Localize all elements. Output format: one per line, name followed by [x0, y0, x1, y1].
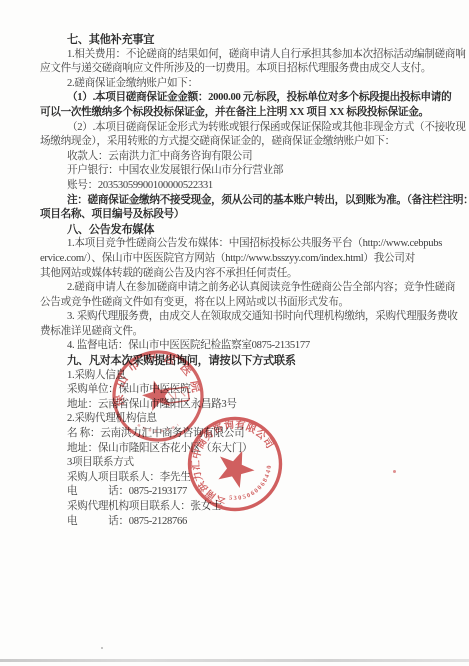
- supervision-phone-line: 4. 监督电话：保山市中医医院纪检监察室0875-2135177: [40, 339, 452, 354]
- scan-edge-artifact: [0, 659, 469, 662]
- payee-line: 收款人：云南洪力汇中商务咨询有限公司: [40, 150, 452, 165]
- doc-line: 3. 采购代理服务费，由成交人在领取成交通知书时向代理机构缴纳，采购代理服务费收: [40, 310, 452, 325]
- red-ink-speck: [393, 470, 396, 473]
- doc-line: 公告或竞争性磋商文件如有变更，将在以上网站或以书面形式发布。: [40, 296, 452, 311]
- heading-section-9: 九、凡对本次采购提出询问，请按以下方式联系: [40, 354, 452, 369]
- purchaser-address-line: 地址：云南省保山市隆阳区永昌路3号: [40, 398, 452, 413]
- doc-line: 应文件与递交磋商响应文件所涉及的一切费用。本项目招标代理服务费由成交人支付。: [40, 62, 452, 77]
- purchaser-phone-line: 电 话：0875-2193177: [40, 485, 452, 500]
- doc-line: 1.相关费用：不论磋商的结果如何，磋商申请人自行承担其参加本次招标活动编制磋商响: [40, 48, 452, 63]
- doc-line: 3项目联系方式: [40, 456, 452, 471]
- doc-line: 其他网站或媒体转载的磋商公告及内容不承担任何责任。: [40, 267, 452, 282]
- doc-line: 2.磋商申请人在参加磋商申请之前务必认真阅读竞争性磋商公告全部内容；竞争性磋商: [40, 281, 452, 296]
- scanned-page: 七、其他补充事宜 1.相关费用：不论磋商的结果如何，磋商申请人自行承担其参加本次…: [0, 0, 469, 666]
- doc-line: ervice.com/）、保山市中医医院官方网站（http://www.bssz…: [40, 252, 452, 267]
- account-number-line: 账号：20353059900100000522331: [40, 179, 452, 194]
- agency-name-line: 名 称：云南洪力汇中商务咨询有限公司: [40, 427, 452, 442]
- heading-section-8: 八、公告发布媒体: [40, 223, 452, 238]
- agency-phone-line: 电 话：0875-2128766: [40, 515, 452, 530]
- doc-line: 场缴纳现金），采用转账的方式提交磋商保证金的，磋商保证金缴纳账户如下：: [40, 135, 452, 150]
- doc-line: 2.采购代理机构信息: [40, 412, 452, 427]
- doc-line: （2）.本项目磋商保证金形式为转账或银行保函或保证保险或其他非现金方式（不接收现: [40, 121, 452, 136]
- document-text-block: 七、其他补充事宜 1.相关费用：不论磋商的结果如何，磋商申请人自行承担其参加本次…: [40, 33, 452, 529]
- gray-scan-speck: [101, 647, 103, 649]
- note-line: 注：磋商保证金缴纳不接受现金，须从公司的基本账户转出，以到账为准。（备注栏注明：: [40, 194, 452, 209]
- doc-line: 2.磋商保证金缴纳账户如下：: [40, 77, 452, 92]
- heading-section-7: 七、其他补充事宜: [40, 33, 452, 48]
- bank-line: 开户银行：中国农业发展银行保山市分行营业部: [40, 164, 452, 179]
- purchaser-name-line: 采购单位：保山市中医医院: [40, 383, 452, 398]
- doc-line: 费标准详见磋商文件。: [40, 325, 452, 340]
- doc-line: 可以一次性缴纳多个标段投标保证金，并在备注上注明 XX 项目 XX 标段投标保证…: [40, 106, 452, 121]
- purchaser-contact-line: 采购人项目联系人：李先生: [40, 471, 452, 486]
- agency-contact-line: 采购代理机构项目联系人：张女士: [40, 500, 452, 515]
- note-line: 项目名称、项目编号及标段号）: [40, 208, 452, 223]
- doc-line: （1）.本项目磋商保证金金额：2000.00 元/标段，投标单位对多个标段提出投…: [40, 91, 452, 106]
- doc-line: 1.本项目竞争性磋商公告发布媒体：中国招标投标公共服务平台（http://www…: [40, 237, 452, 252]
- doc-line: 1.采购人信息: [40, 369, 452, 384]
- agency-address-line: 地址：保山市隆阳区杏花小区（东大门）: [40, 442, 452, 457]
